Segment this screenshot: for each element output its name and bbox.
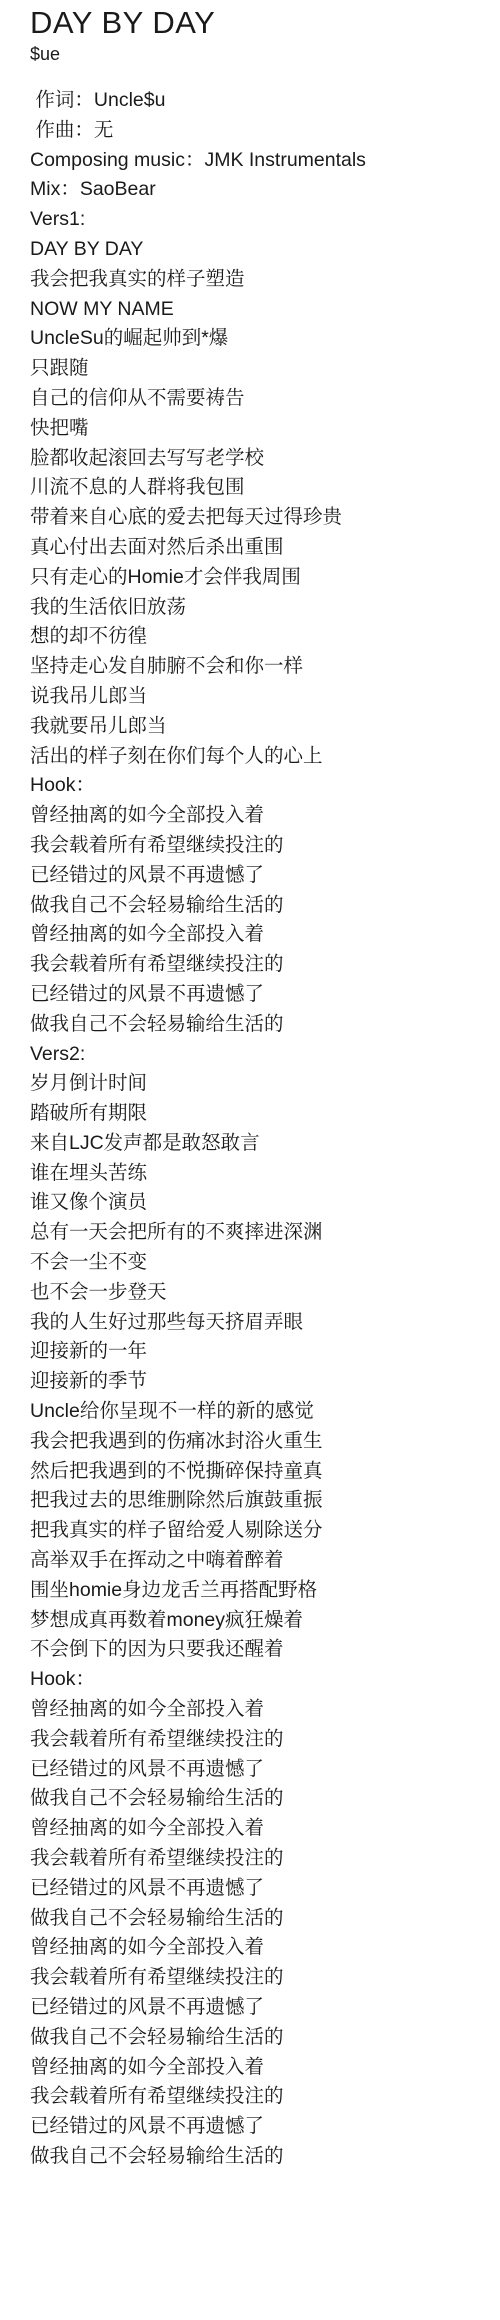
lyric-line: 川流不息的人群将我包围: [30, 473, 490, 503]
lyric-line: 曾经抽离的如今全部投入着: [30, 920, 490, 950]
lyric-line: 高举双手在挥动之中嗨着醉着: [30, 1546, 490, 1576]
lyric-line: 谁又像个演员: [30, 1188, 490, 1218]
lyric-line: 不会倒下的因为只要我还醒着: [30, 1635, 490, 1665]
lyric-line: UncleSu的崛起帅到*爆: [30, 324, 490, 354]
lyric-line: 做我自己不会轻易输给生活的: [30, 2023, 490, 2053]
lyric-line: 曾经抽离的如今全部投入着: [30, 1933, 490, 1963]
lyric-line: 想的却不彷徨: [30, 622, 490, 652]
lyric-line: 我会载着所有希望继续投注的: [30, 831, 490, 861]
lyric-line: 不会一尘不变: [30, 1248, 490, 1278]
lyric-line: 已经错过的风景不再遗憾了: [30, 1874, 490, 1904]
credits-block: 作词：Uncle$u 作曲：无Composing music：JMK Instr…: [30, 86, 490, 205]
lyric-line: 我的生活依旧放荡: [30, 593, 490, 623]
lyric-line: 快把嘴: [30, 414, 490, 444]
lyric-line: 坚持走心发自肺腑不会和你一样: [30, 652, 490, 682]
lyric-line: 把我过去的思维删除然后旗鼓重振: [30, 1486, 490, 1516]
lyric-line: 自己的信仰从不需要祷告: [30, 384, 490, 414]
lyric-line: 只有走心的Homie才会伴我周围: [30, 563, 490, 593]
lyric-line: Vers1:: [30, 205, 490, 235]
lyric-line: 曾经抽离的如今全部投入着: [30, 801, 490, 831]
lyric-line: 曾经抽离的如今全部投入着: [30, 1695, 490, 1725]
lyric-line: 岁月倒计时间: [30, 1069, 490, 1099]
lyric-line: 迎接新的季节: [30, 1367, 490, 1397]
lyric-line: 来自LJC发声都是敢怒敢言: [30, 1129, 490, 1159]
lyric-line: 也不会一步登天: [30, 1278, 490, 1308]
lyric-line: 已经错过的风景不再遗憾了: [30, 2112, 490, 2142]
lyric-line: 做我自己不会轻易输给生活的: [30, 1904, 490, 1934]
credit-line: Mix：SaoBear: [30, 175, 490, 205]
lyric-line: 脸都收起滚回去写写老学校: [30, 444, 490, 474]
artist-name: $ue: [30, 42, 490, 66]
lyric-line: Hook：: [30, 771, 490, 801]
lyric-line: 谁在埋头苦练: [30, 1159, 490, 1189]
lyric-line: 总有一天会把所有的不爽摔进深渊: [30, 1218, 490, 1248]
page-title: DAY BY DAY: [30, 4, 490, 42]
lyric-line: Hook：: [30, 1665, 490, 1695]
credit-line: 作词：Uncle$u: [30, 86, 490, 116]
lyric-line: 然后把我遇到的不悦撕碎保持童真: [30, 1457, 490, 1487]
lyrics-page: DAY BY DAY $ue 作词：Uncle$u 作曲：无Composing …: [0, 0, 500, 2172]
lyric-line: 曾经抽离的如今全部投入着: [30, 1814, 490, 1844]
lyric-line: 已经错过的风景不再遗憾了: [30, 980, 490, 1010]
lyric-line: 踏破所有期限: [30, 1099, 490, 1129]
lyric-line: Uncle给你呈现不一样的新的感觉: [30, 1397, 490, 1427]
lyric-line: 我会载着所有希望继续投注的: [30, 950, 490, 980]
lyric-line: 做我自己不会轻易输给生活的: [30, 2142, 490, 2172]
lyric-line: 我会载着所有希望继续投注的: [30, 1725, 490, 1755]
lyric-line: 迎接新的一年: [30, 1337, 490, 1367]
lyric-line: 只跟随: [30, 354, 490, 384]
lyric-line: Vers2:: [30, 1040, 490, 1070]
lyric-line: 曾经抽离的如今全部投入着: [30, 2053, 490, 2083]
lyric-line: 把我真实的样子留给爱人剔除送分: [30, 1516, 490, 1546]
lyric-line: 已经错过的风景不再遗憾了: [30, 1993, 490, 2023]
lyric-line: 我就要吊儿郎当: [30, 712, 490, 742]
lyric-line: NOW MY NAME: [30, 295, 490, 325]
lyric-line: 做我自己不会轻易输给生活的: [30, 1784, 490, 1814]
lyric-line: 我的人生好过那些每天挤眉弄眼: [30, 1308, 490, 1338]
lyric-line: 带着来自心底的爱去把每天过得珍贵: [30, 503, 490, 533]
lyric-line: 我会把我真实的样子塑造: [30, 265, 490, 295]
lyric-line: 活出的样子刻在你们每个人的心上: [30, 742, 490, 772]
lyric-line: 已经错过的风景不再遗憾了: [30, 861, 490, 891]
credit-line: Composing music：JMK Instrumentals: [30, 146, 490, 176]
lyric-line: 真心付出去面对然后杀出重围: [30, 533, 490, 563]
lyric-line: 我会载着所有希望继续投注的: [30, 1963, 490, 1993]
lyric-line: 做我自己不会轻易输给生活的: [30, 891, 490, 921]
lyric-line: 我会载着所有希望继续投注的: [30, 2082, 490, 2112]
lyric-line: 说我吊儿郎当: [30, 682, 490, 712]
lyrics-body: Vers1:DAY BY DAY我会把我真实的样子塑造NOW MY NAMEUn…: [30, 205, 490, 2172]
lyric-line: 梦想成真再数着money疯狂燥着: [30, 1606, 490, 1636]
lyric-line: 围坐homie身边龙舌兰再搭配野格: [30, 1576, 490, 1606]
lyric-line: 我会载着所有希望继续投注的: [30, 1844, 490, 1874]
lyric-line: 我会把我遇到的伤痛冰封浴火重生: [30, 1427, 490, 1457]
lyric-line: DAY BY DAY: [30, 235, 490, 265]
credit-line: 作曲：无: [30, 116, 490, 146]
lyric-line: 已经错过的风景不再遗憾了: [30, 1755, 490, 1785]
lyric-line: 做我自己不会轻易输给生活的: [30, 1010, 490, 1040]
